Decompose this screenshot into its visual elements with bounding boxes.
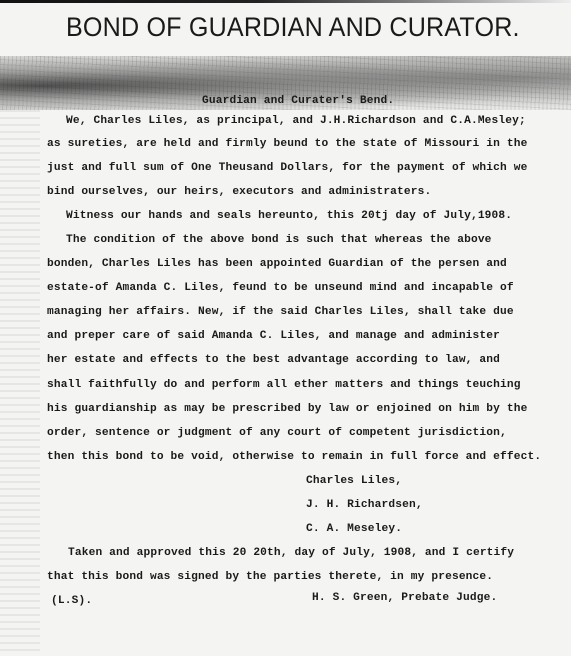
seal-mark: (L.S). bbox=[51, 595, 92, 607]
paragraph-line: Witness our hands and seals hereunto, th… bbox=[66, 210, 512, 222]
signatory: J. H. Richardsen, bbox=[306, 499, 423, 511]
paragraph-line: then this bond to be void, otherwise to … bbox=[47, 451, 541, 463]
top-rule bbox=[0, 0, 571, 3]
approval-line: Taken and approved this 20 20th, day of … bbox=[68, 547, 514, 559]
bond-heading: Guardian and Curater's Bend. bbox=[202, 95, 394, 107]
document-title: BOND OF GUARDIAN AND CURATOR. bbox=[66, 12, 520, 43]
paragraph-line: shall faithfully do and perform all ethe… bbox=[47, 379, 521, 391]
signatory: C. A. Meseley. bbox=[306, 523, 402, 535]
paragraph-line: bonden, Charles Liles has been appointed… bbox=[47, 258, 507, 270]
paragraph-line: We, Charles Liles, as principal, and J.H… bbox=[66, 115, 526, 127]
paragraph-line: just and full sum of One Theusand Dollar… bbox=[47, 162, 527, 174]
signatory: Charles Liles, bbox=[306, 475, 402, 487]
approval-line: that this bond was signed by the parties… bbox=[47, 571, 493, 583]
paragraph-line: order, sentence or judgment of any court… bbox=[47, 427, 507, 439]
paragraph-line: bind ourselves, our heirs, executors and… bbox=[47, 186, 431, 198]
paragraph-line: and preper care of said Amanda C. Liles,… bbox=[47, 330, 500, 342]
paragraph-line: estate-of Amanda C. Liles, feund to be u… bbox=[47, 282, 514, 294]
judge-signature: H. S. Green, Prebate Judge. bbox=[312, 592, 497, 604]
paragraph-line: as sureties, are held and firmly beund t… bbox=[47, 138, 527, 150]
scan-left-margin bbox=[0, 110, 40, 656]
paragraph-line: managing her affairs. New, if the said C… bbox=[47, 306, 514, 318]
paragraph-line: his guardianship as may be prescribed by… bbox=[47, 403, 527, 415]
paragraph-line: her estate and effects to the best advan… bbox=[47, 354, 500, 366]
paragraph-line: The condition of the above bond is such … bbox=[66, 234, 492, 246]
